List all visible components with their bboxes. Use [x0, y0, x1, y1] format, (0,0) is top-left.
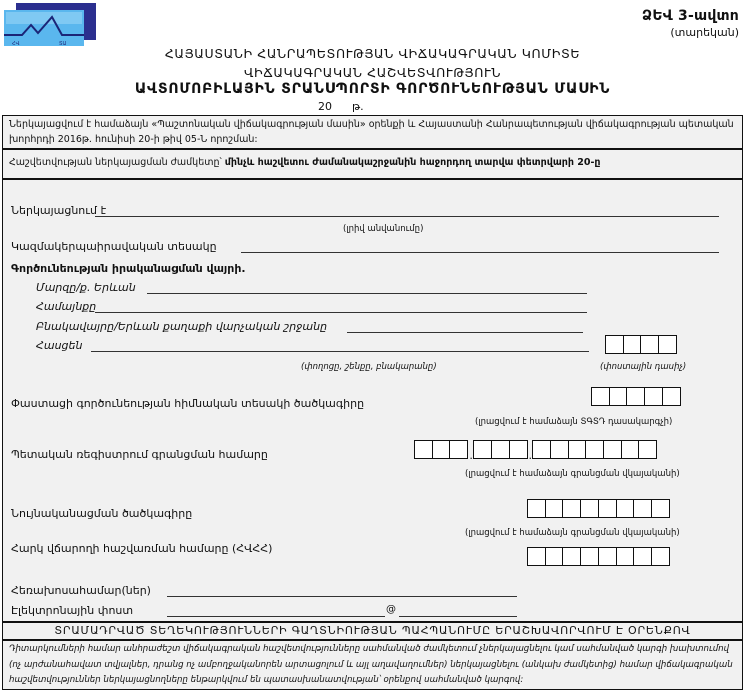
activity-code-label: Փաստացի գործունեության հիմնական տեսակի ծ…: [11, 397, 364, 410]
digit-box[interactable]: [662, 387, 681, 406]
digit-box[interactable]: [532, 440, 551, 459]
digit-box[interactable]: [598, 547, 617, 566]
submitter-field[interactable]: [95, 216, 719, 217]
digit-box[interactable]: [651, 499, 670, 518]
phone-label: Հեռախոսահամար(ներ): [11, 584, 151, 597]
community-label: Համայնքը: [36, 300, 96, 313]
respondent-info-section: Ներկայացնում է (լրիվ անվանումը) Կազմակեր…: [2, 179, 743, 622]
address-field[interactable]: [91, 351, 589, 352]
digit-box[interactable]: [545, 499, 564, 518]
digit-box[interactable]: [527, 499, 546, 518]
page-title: ԱՎՏՈՄՈԲԻԼԱՅԻՆ ՏՐԱՆՍՊՈՐՏԻ ԳՈՐԾՈՒՆԵՈՒԹՅԱՆ …: [0, 81, 745, 97]
form-period: (տարեկան): [670, 26, 739, 39]
region-field[interactable]: [147, 293, 587, 294]
digit-box[interactable]: [633, 499, 652, 518]
deadline-label: Հաշվետվության ներկայացման ժամկետը՝: [9, 157, 222, 168]
email-user-field[interactable]: [167, 616, 385, 617]
digit-box[interactable]: [598, 499, 617, 518]
email-at-sign: @: [386, 604, 396, 615]
digit-box[interactable]: [580, 547, 599, 566]
group-separator: [468, 440, 474, 459]
title-line-1: ՀԱՅԱՍՏԱՆԻ ՀԱՆՐԱՊԵՏՈՒԹՅԱՆ ՎԻՃԱԿԱԳՐԱԿԱՆ ԿՈ…: [0, 46, 745, 61]
identification-code-label: Նույնականացման ծածկագիրը: [11, 507, 192, 520]
deadline-value: մինչև հաշվետու ժամանակաշրջանին հաջորդող …: [225, 157, 601, 168]
digit-box[interactable]: [623, 335, 642, 354]
community-field[interactable]: [95, 312, 587, 313]
digit-box[interactable]: [640, 335, 659, 354]
email-label: Էլեկտրոնային փոստ: [11, 604, 133, 617]
digit-box[interactable]: [562, 547, 581, 566]
digit-box[interactable]: [621, 440, 640, 459]
digit-box[interactable]: [491, 440, 510, 459]
digit-box[interactable]: [473, 440, 492, 459]
state-registry-boxes[interactable]: [414, 440, 657, 459]
taxpayer-number-label: Հարկ վճարողի հաշվառման համարը (ՀՎՀՀ): [11, 542, 272, 555]
statistics-committee-logo-icon: ՀՎ ՏԱ: [4, 3, 96, 47]
state-registry-label: Պետական ռեգիստրում գրանցման համարը: [11, 448, 268, 461]
legal-basis: Ներկայացվում է համաձայն «Պաշտոնական վիճա…: [2, 115, 743, 149]
digit-box[interactable]: [591, 387, 610, 406]
postal-code-boxes[interactable]: [605, 335, 677, 354]
digit-box[interactable]: [527, 547, 546, 566]
address-label: Հասցեն: [36, 339, 83, 352]
digit-box[interactable]: [616, 547, 635, 566]
taxpayer-number-boxes[interactable]: [527, 547, 670, 566]
title-line-2: ՎԻՃԱԿԱԳՐԱԿԱՆ ՀԱՇՎԵՏՎՈՒԹՅՈՒՆ: [0, 65, 745, 80]
state-registry-caption: (լրացվում է համաձայն գրանցման վկայականի): [465, 469, 680, 479]
digit-box[interactable]: [616, 499, 635, 518]
digit-box[interactable]: [432, 440, 451, 459]
digit-box[interactable]: [605, 335, 624, 354]
digit-box[interactable]: [585, 440, 604, 459]
digit-box[interactable]: [644, 387, 663, 406]
digit-box[interactable]: [658, 335, 677, 354]
identification-code-caption: (լրացվում է համաձայն գրանցման վկայականի): [465, 528, 680, 538]
submitter-caption: (լրիվ անվանումը): [343, 224, 423, 234]
settlement-label: Բնակավայրը/Երևան քաղաքի վարչական շրջանը: [36, 320, 327, 333]
digit-box[interactable]: [545, 547, 564, 566]
submitter-label: Ներկայացնում է: [11, 204, 106, 217]
identification-code-boxes[interactable]: [527, 499, 670, 518]
legal-form-label: Կազմակերպաիրավական տեսակը: [11, 240, 217, 253]
digit-box[interactable]: [633, 547, 652, 566]
digit-box[interactable]: [414, 440, 433, 459]
settlement-field[interactable]: [347, 332, 583, 333]
digit-box[interactable]: [580, 499, 599, 518]
report-year: 20թ.: [318, 100, 364, 113]
confidentiality-notice: ՏՐԱՄԱԴՐՎԱԾ ՏԵՂԵԿՈՒԹՅՈՒՆՆԵՐԻ ԳԱՂՏՆԻՈՒԹՅԱՆ…: [2, 622, 743, 640]
digit-box[interactable]: [603, 440, 622, 459]
year-prefix: 20: [318, 100, 332, 113]
deadline-row: Հաշվետվության ներկայացման ժամկետը՝ մինչև…: [2, 149, 743, 179]
group-separator: [528, 440, 534, 459]
activity-code-boxes[interactable]: [591, 387, 681, 406]
digit-box[interactable]: [562, 499, 581, 518]
legal-form-field[interactable]: [241, 252, 719, 253]
postal-code-caption: (փոստային դասիչ): [600, 362, 686, 372]
region-label: Մարզը/ք. Երևան: [36, 281, 136, 294]
address-caption: (փողոցը, շենքը, բնակարանը): [301, 362, 437, 372]
digit-box[interactable]: [509, 440, 528, 459]
digit-box[interactable]: [550, 440, 569, 459]
digit-box[interactable]: [638, 440, 657, 459]
year-suffix: թ.: [352, 100, 364, 113]
digit-box[interactable]: [626, 387, 645, 406]
phone-field[interactable]: [167, 596, 517, 597]
activity-code-caption: (լրացվում է համաձայն ՏԳՏԴ դասակարգչի): [475, 417, 672, 427]
form-code: ՁԵՎ 3-ավտո: [642, 8, 739, 24]
digit-box[interactable]: [651, 547, 670, 566]
liability-note: Դիտարկումների համար անհրաժեշտ վիճակագրակ…: [2, 640, 743, 690]
digit-box[interactable]: [609, 387, 628, 406]
email-domain-field[interactable]: [399, 616, 517, 617]
digit-box[interactable]: [568, 440, 587, 459]
digit-box[interactable]: [449, 440, 468, 459]
location-heading: Գործունեության իրականացման վայրի.: [11, 262, 246, 275]
